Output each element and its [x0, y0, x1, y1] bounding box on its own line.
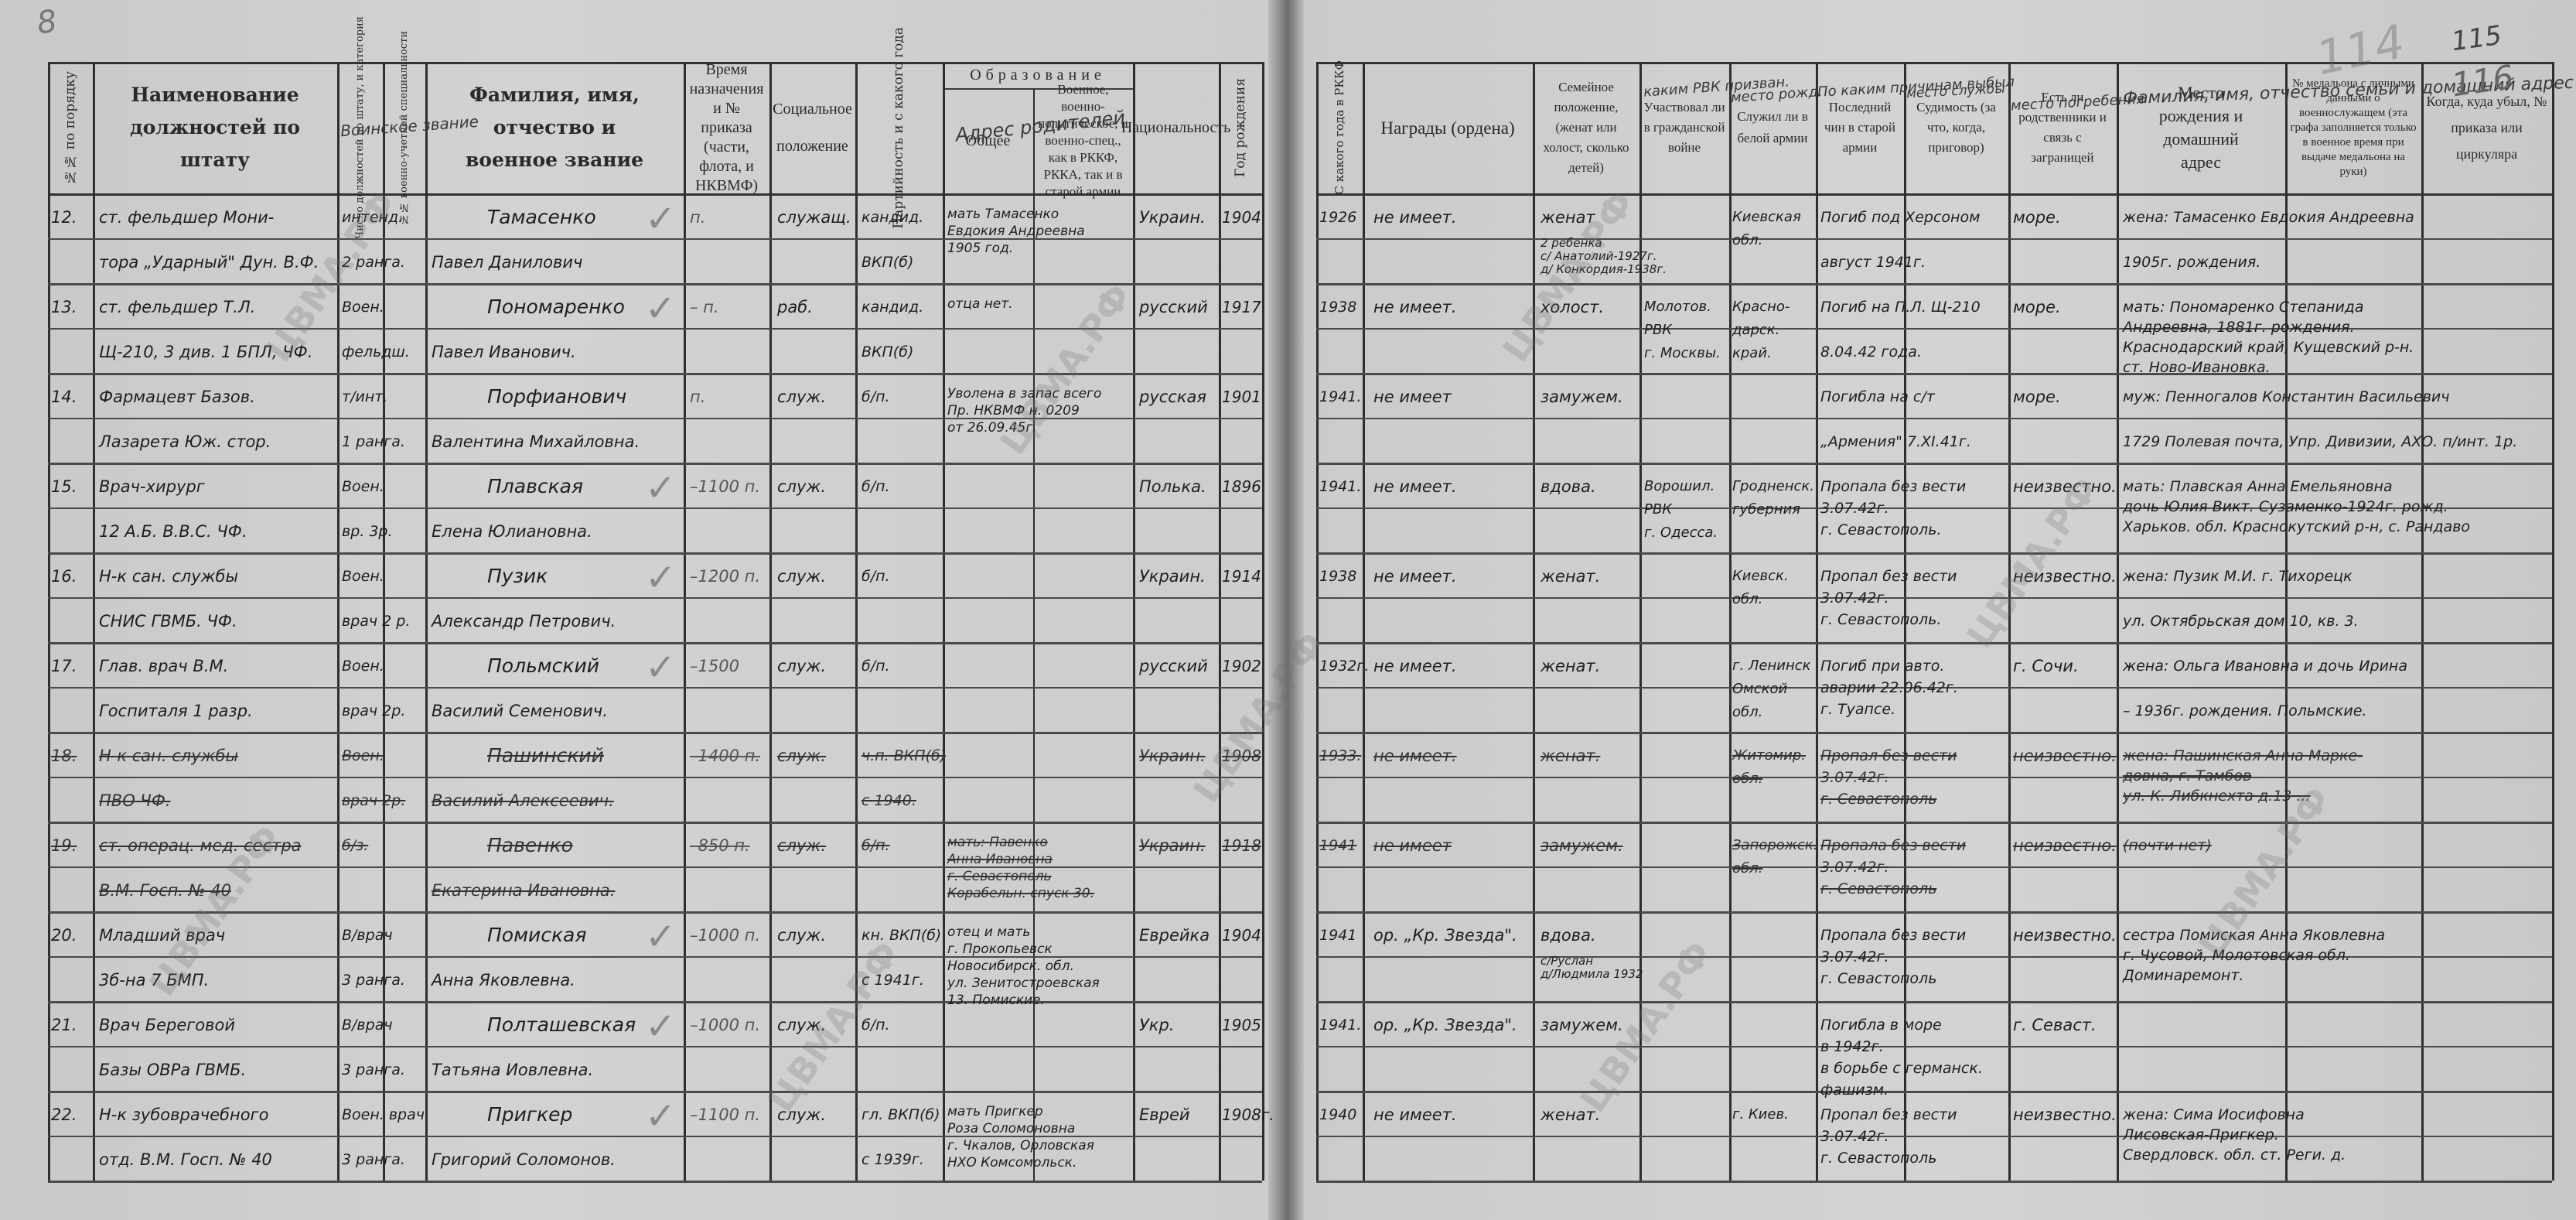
- parent-address: 13. Помиские.: [947, 993, 1045, 1007]
- row-subline: [48, 866, 1262, 868]
- fate-record: 3.07.42г.: [1820, 498, 1889, 518]
- nationality: Еврей: [1139, 1105, 1190, 1125]
- appointment-order: –850 п.: [690, 836, 750, 856]
- birth-year: 1917: [1222, 297, 1261, 317]
- fate-record: Погибла в море: [1820, 1015, 1942, 1035]
- surname: Полташевская: [487, 1015, 636, 1035]
- family-status: вдова.: [1540, 925, 1596, 945]
- nationality: русский: [1139, 656, 1208, 676]
- family-address: мать: Плавская Анна Емельяновна: [2123, 477, 2393, 497]
- party-membership: б/п.: [862, 836, 890, 856]
- birthplace-region: обл.: [1732, 702, 1762, 723]
- column-divider: [48, 62, 50, 1181]
- military-rank: 3 ранга.: [342, 1150, 405, 1170]
- family-address: г. Чусовой, Молотовская обл.: [2123, 945, 2350, 965]
- position-title: ст. операц. мед. сестра: [99, 836, 302, 856]
- burial-place: неизвестно.: [2013, 477, 2117, 497]
- family-address: Харьков. обл. Краснокутский р-н, с. Ранд…: [2123, 517, 2470, 537]
- parent-address: мать Тамасенко: [947, 207, 1059, 221]
- row-line: [48, 1181, 1262, 1183]
- column-divider: [769, 62, 772, 1181]
- awards: не имеет.: [1373, 207, 1457, 227]
- social-status: служ.: [777, 477, 826, 497]
- burial-place: море.: [2013, 297, 2061, 317]
- column-divider: [2008, 62, 2011, 1181]
- nationality: Украин.: [1139, 746, 1206, 766]
- since-year-rkkf: 1933.: [1319, 746, 1361, 766]
- family-status: замужем.: [1540, 836, 1623, 856]
- row-subline: [1316, 956, 2552, 958]
- row-line: [48, 373, 1262, 375]
- row-subline: [48, 777, 1262, 778]
- parent-address: Пр. НКВМФ н. 0209: [947, 404, 1080, 418]
- birth-year: 1904: [1222, 207, 1261, 227]
- family-address: сестра Помиская Анна Яковлевна: [2123, 925, 2385, 945]
- military-rank: В/врач: [342, 925, 393, 945]
- nationality: Украин.: [1139, 836, 1206, 856]
- row-line: [1316, 373, 2552, 375]
- row-line: [1316, 552, 2552, 555]
- birth-year: 1904.: [1222, 925, 1266, 945]
- position-title: ст. фельдшер Мони-: [99, 207, 274, 227]
- party-membership: ч.п. ВКП(б): [862, 746, 946, 766]
- fate-record: Пропала без вести: [1820, 836, 1966, 856]
- social-status: служ.: [777, 566, 826, 586]
- parent-address: НХО Комсомольск.: [947, 1156, 1076, 1170]
- birthplace-region: Красно-: [1732, 297, 1790, 317]
- family-status: женат.: [1540, 746, 1600, 766]
- row-line: [1316, 283, 2552, 285]
- birthplace-region: обл.: [1732, 769, 1762, 789]
- birth-year: 1908г.: [1222, 1105, 1274, 1125]
- social-status: служ.: [777, 656, 826, 676]
- row-number: 16.: [51, 566, 77, 586]
- fate-record: Пропала без вести: [1820, 925, 1966, 945]
- military-rank: врач 2р.: [342, 791, 405, 811]
- fate-record: „Армения" 7.XI.41г.: [1820, 432, 1971, 452]
- column-divider: [943, 62, 945, 1181]
- nationality: русский: [1139, 297, 1208, 317]
- row-number: 13.: [51, 297, 77, 317]
- since-year-rkkf: 1926: [1319, 207, 1356, 227]
- fate-record: август 1941г.: [1820, 252, 1926, 272]
- appointment-order: –1200 п.: [690, 566, 760, 586]
- book-spine: [1268, 0, 1304, 1220]
- party-membership: б/п.: [862, 387, 890, 407]
- draft-office: РВК: [1644, 500, 1672, 520]
- fate-record: г. Туапсе.: [1820, 699, 1895, 719]
- awards: не имеет.: [1373, 477, 1457, 497]
- family-address: Свердловск. обл. ст. Реги. д.: [2123, 1145, 2346, 1165]
- fate-record: Пропал без вести: [1820, 566, 1957, 586]
- fate-record: 3.07.42г.: [1820, 588, 1889, 608]
- birth-year: 1918: [1222, 836, 1261, 856]
- family-address: жена: Ольга Ивановна и дочь Ирина: [2123, 656, 2407, 676]
- header-text: Год рождения: [1233, 78, 1249, 177]
- family-address: – 1936г. рождения. Польмские.: [2123, 701, 2366, 721]
- birthplace-region: Киевская: [1732, 207, 1801, 227]
- header-birth-year: Год рождения: [1219, 62, 1262, 193]
- parent-address: г. Севастополь: [947, 870, 1052, 883]
- awards: не имеет: [1373, 387, 1452, 407]
- appointment-order: –1500: [690, 656, 739, 676]
- given-name-patronymic: Василий Семенович.: [432, 701, 608, 721]
- burial-place: неизвестно.: [2013, 566, 2117, 586]
- social-status: служ.: [777, 387, 826, 407]
- birthplace-region: Запорожск.: [1732, 836, 1818, 856]
- birth-year: 1908: [1222, 746, 1261, 766]
- column-divider: [2117, 62, 2119, 1181]
- draft-office: г. Одесса.: [1644, 523, 1718, 543]
- draft-office: Молотов.: [1644, 297, 1711, 317]
- column-divider: [2552, 62, 2554, 1181]
- family-address: жена: Пузик М.И. г. Тихорецк: [2123, 566, 2353, 586]
- social-status: служ.: [777, 1105, 826, 1125]
- header-text: Партийность и с какого года: [891, 27, 907, 229]
- surname: Польмский: [487, 656, 599, 676]
- since-year-rkkf: 1941: [1319, 836, 1356, 856]
- birthplace-region: обл.: [1732, 589, 1762, 610]
- header-nationality: Национальность: [1133, 62, 1219, 193]
- position-title: отд. В.М. Госп. № 40: [99, 1150, 272, 1170]
- military-rank: б/з.: [342, 836, 368, 856]
- party-membership: кандид.: [862, 207, 923, 227]
- family-address: ул. К. Либкнехта д.13 ...: [2123, 786, 2310, 806]
- parent-address: Евдокия Андреевна: [947, 224, 1085, 238]
- given-name-patronymic: Василий Алексеевич.: [432, 791, 614, 811]
- military-rank: 3 ранга.: [342, 1060, 405, 1080]
- military-rank: Воен.: [342, 566, 384, 586]
- appointment-order: –1400 п.: [690, 746, 760, 766]
- party-membership: ВКП(б): [862, 252, 913, 272]
- birthplace-region: г. Ленинск: [1732, 656, 1811, 676]
- social-status: служ.: [777, 1015, 826, 1035]
- parent-address: Корабельн. спуск 30.: [947, 887, 1094, 900]
- row-subline: [1316, 418, 2552, 419]
- header-appointment: Время назначения и № приказа (части, фло…: [684, 62, 769, 193]
- row-number: 18.: [51, 746, 77, 766]
- given-name-patronymic: Екатерина Ивановна.: [432, 880, 615, 900]
- surname: Пашинский: [487, 746, 604, 766]
- row-number: 19.: [51, 836, 77, 856]
- surname: Пономаренко: [487, 297, 625, 317]
- appointment-order: п.: [690, 387, 705, 407]
- parent-address: от 26.09.45г.: [947, 421, 1037, 435]
- nationality: Еврейка: [1139, 925, 1210, 945]
- party-membership: с 1941г.: [862, 970, 924, 990]
- appointment-order: –1100 п.: [690, 1105, 760, 1125]
- family-status: вдова.: [1540, 477, 1596, 497]
- birthplace-region: край.: [1732, 343, 1772, 364]
- row-line: [1316, 642, 2552, 644]
- column-divider: [684, 62, 686, 1181]
- column-divider: [1533, 62, 1535, 1181]
- family-status: женат.: [1540, 566, 1600, 586]
- column-divider: [1219, 62, 1221, 1181]
- birth-year: 1914: [1222, 566, 1261, 586]
- row-line: [48, 1091, 1262, 1093]
- fate-record: Погиб под Херсоном: [1820, 207, 1980, 227]
- row-number: 14.: [51, 387, 77, 407]
- header-position: Наименование должностей по штату: [93, 62, 337, 193]
- row-subline: [1316, 597, 2552, 599]
- military-rank: 2 ранга.: [342, 252, 405, 272]
- nationality: Украин.: [1139, 566, 1206, 586]
- position-title: Базы ОВРа ГВМБ.: [99, 1060, 246, 1080]
- burial-place: неизвестно.: [2013, 925, 2117, 945]
- fate-record: 3.07.42г.: [1820, 767, 1889, 788]
- position-title: Н-к сан. службы: [99, 566, 238, 586]
- family-status: замужем.: [1540, 387, 1623, 407]
- given-name-patronymic: Елена Юлиановна.: [432, 521, 592, 542]
- check-mark-icon: ✓: [645, 197, 676, 241]
- family-address: 1905г. рождения.: [2123, 252, 2260, 272]
- family-status: д/Людмила 1932: [1540, 967, 1643, 981]
- burial-place: неизвестно.: [2013, 746, 2117, 766]
- burial-place: г. Севаст.: [2013, 1015, 2097, 1035]
- position-title: тора „Ударный" Дун. В.Ф.: [99, 252, 319, 272]
- awards: не имеет.: [1373, 1105, 1457, 1125]
- row-number: 22.: [51, 1105, 77, 1125]
- header-birthplace: Место рождения и домашний адрес: [2117, 62, 2285, 193]
- row-line: [48, 463, 1262, 465]
- fate-record: г. Севастополь: [1820, 879, 1936, 899]
- since-year-rkkf: 1932г.: [1319, 656, 1369, 676]
- military-rank: т/инт.: [342, 387, 387, 407]
- birthplace-region: обл.: [1732, 231, 1762, 251]
- fate-record: 3.07.42г.: [1820, 1126, 1889, 1147]
- family-address: жена: Пашинская Анна Марке-: [2123, 746, 2363, 766]
- given-name-patronymic: Григорий Соломонов.: [432, 1150, 616, 1170]
- row-subline: [1316, 777, 2552, 778]
- parent-address: Новосибирск. обл.: [947, 959, 1074, 973]
- since-year-rkkf: 1941: [1319, 925, 1356, 945]
- fate-record: г. Севастополь: [1820, 789, 1936, 809]
- header-foreign-relatives: Есть ли родственники и связь с загранице…: [2008, 62, 2117, 193]
- position-title: Щ-210, 3 див. 1 БПЛ, ЧФ.: [99, 342, 312, 362]
- nationality: Укр.: [1139, 1015, 1175, 1035]
- position-title: Н-к зубоврачебного: [99, 1105, 268, 1125]
- family-status: 2 ребенка: [1540, 236, 1602, 250]
- fate-record: 3.07.42г.: [1820, 947, 1889, 967]
- header-number: №№ по порядку: [48, 62, 93, 193]
- awards: ор. „Кр. Звезда".: [1373, 1015, 1517, 1035]
- family-address: Краснодарский край, Кущевский р-н.: [2123, 337, 2414, 357]
- military-rank: В/врач: [342, 1015, 393, 1035]
- row-line: [48, 732, 1262, 734]
- row-line: [1316, 732, 2552, 734]
- fate-record: 8.04.42 года.: [1820, 342, 1922, 362]
- birthplace-region: г. Киев.: [1732, 1105, 1789, 1125]
- fate-record: Пропал без вести: [1820, 746, 1957, 766]
- family-status: д/ Конкордия-1938г.: [1540, 262, 1667, 276]
- appointment-order: – п.: [690, 297, 719, 317]
- position-title: ст. фельдшер Т.Л.: [99, 297, 255, 317]
- birth-year: 1896: [1222, 477, 1261, 497]
- family-address: мать: Пономаренко Степанида: [2123, 297, 2364, 317]
- burial-place: неизвестно.: [2013, 1105, 2117, 1125]
- check-mark-icon: ✓: [645, 1005, 676, 1048]
- fate-record: фашизм.: [1820, 1080, 1888, 1100]
- row-number: 21.: [51, 1015, 77, 1035]
- position-title: Врач-хирург: [99, 477, 205, 497]
- surname: Пригкер: [487, 1105, 572, 1125]
- party-membership: б/п.: [862, 1015, 890, 1035]
- family-status: женат: [1540, 207, 1595, 227]
- check-mark-icon: ✓: [645, 556, 676, 600]
- burial-place: море.: [2013, 387, 2061, 407]
- family-address: 1729 Полевая почта, Упр. Дивизии, АХО. п…: [2123, 432, 2517, 452]
- family-status: с/Руслан: [1540, 954, 1593, 968]
- military-rank: вр. 3р.: [342, 521, 393, 542]
- military-rank: фельдш.: [342, 342, 410, 362]
- parent-address: 1905 год.: [947, 241, 1013, 255]
- party-membership: б/п.: [862, 566, 890, 586]
- position-title: Младший врач: [99, 925, 225, 945]
- header-social-status: Социальное положение: [769, 62, 855, 193]
- row-subline: [1316, 328, 2552, 330]
- header-text: №№ по порядку: [63, 71, 79, 185]
- social-status: служ.: [777, 746, 826, 766]
- column-divider: [1133, 62, 1135, 1181]
- column-divider: [1816, 62, 1818, 1181]
- birth-year: 1905: [1222, 1015, 1261, 1035]
- birth-year: 1902: [1222, 656, 1261, 676]
- military-rank: Воен.: [342, 477, 384, 497]
- since-year-rkkf: 1941.: [1319, 387, 1361, 407]
- column-divider: [855, 62, 858, 1181]
- position-title: Глав. врач В.М.: [99, 656, 228, 676]
- row-line: [48, 552, 1262, 555]
- position-title: ПВО ЧФ.: [99, 791, 171, 811]
- military-rank: Воен.: [342, 746, 384, 766]
- surname: Пузик: [487, 566, 548, 586]
- fate-record: Погиб на П.Л. Щ-210: [1820, 297, 1981, 317]
- since-year-rkkf: 1941.: [1319, 1015, 1361, 1035]
- family-status: с/ Анатолий-1927г.: [1540, 249, 1657, 263]
- row-number: 15.: [51, 477, 77, 497]
- header-family: Семейное положение, (женат или холост, с…: [1533, 62, 1639, 193]
- appointment-order: –1000 п.: [690, 1015, 760, 1035]
- birth-year: 1901: [1222, 387, 1261, 407]
- surname: Тамасенко: [487, 207, 596, 227]
- position-title: Н-к сан. службы: [99, 746, 238, 766]
- since-year-rkkf: 1938: [1319, 297, 1356, 317]
- awards: не имеет.: [1373, 746, 1457, 766]
- party-membership: б/п.: [862, 477, 890, 497]
- fate-record: в 1942г.: [1820, 1037, 1884, 1057]
- family-address: дочь Юлия Викт. Сузаменко-1924г. рожд.: [2123, 497, 2448, 517]
- given-name-patronymic: Татьяна Иовлевна.: [432, 1060, 593, 1080]
- parent-address: отец и мать: [947, 925, 1030, 939]
- military-rank: врач 2 р.: [342, 611, 410, 631]
- fate-record: 3.07.42г.: [1820, 857, 1889, 877]
- position-title: В.М. Госп. № 40: [99, 880, 231, 900]
- column-divider: [2421, 62, 2424, 1181]
- header-text: С какого года в РККФ: [1332, 60, 1348, 194]
- nationality: Полька.: [1139, 477, 1206, 497]
- row-line: [1316, 1001, 2552, 1003]
- military-rank: врач 2р.: [342, 701, 405, 721]
- fate-record: аварии 22.06.42г.: [1820, 678, 1958, 698]
- draft-office: г. Москвы.: [1644, 343, 1721, 364]
- family-address: Доминаремонт.: [2123, 965, 2243, 986]
- party-membership: ВКП(б): [862, 342, 913, 362]
- burial-place: море.: [2013, 207, 2061, 227]
- fate-record: в борьбе с германск.: [1820, 1058, 1983, 1078]
- social-status: раб.: [777, 297, 813, 317]
- given-name-patronymic: Анна Яковлевна.: [432, 970, 575, 990]
- birthplace-region: губерния: [1732, 500, 1800, 520]
- position-title: 3б-на 7 БМП.: [99, 970, 209, 990]
- nationality: Украин.: [1139, 207, 1206, 227]
- surname: Порфианович: [487, 387, 626, 407]
- row-subline: [1316, 238, 2552, 240]
- appointment-order: п.: [690, 207, 705, 227]
- row-line: [48, 1001, 1262, 1003]
- row-line: [48, 911, 1262, 914]
- column-divider: [1033, 88, 1035, 1181]
- birthplace-region: Гродненск.: [1732, 477, 1814, 497]
- column-divider: [337, 62, 339, 1181]
- check-mark-icon: ✓: [645, 287, 676, 330]
- row-subline: [1316, 866, 2552, 868]
- row-line: [1316, 1181, 2552, 1183]
- social-status: служ.: [777, 836, 826, 856]
- family-status: холост.: [1540, 297, 1604, 317]
- position-title: Госпиталя 1 разр.: [99, 701, 253, 721]
- check-mark-icon: ✓: [645, 1095, 676, 1138]
- family-address: ст. Ново-Ивановка.: [2123, 357, 2271, 378]
- position-title: Лазарета Юж. стор.: [99, 432, 271, 452]
- family-status: женат.: [1540, 656, 1600, 676]
- birthplace-region: дарск.: [1732, 320, 1779, 340]
- row-line: [1316, 463, 2552, 465]
- family-address: ул. Октябрьская дом 10, кв. 3.: [2123, 611, 2359, 631]
- military-rank: Воен. врач: [342, 1105, 425, 1125]
- family-address: муж: Пенногалов Константин Васильевич: [2123, 387, 2449, 407]
- party-membership: с 1939г.: [862, 1150, 924, 1170]
- awards: не имеет.: [1373, 297, 1457, 317]
- family-address: жена: Тамасенко Евдокия Андреевна: [2123, 207, 2414, 227]
- appointment-order: –1100 п.: [690, 477, 760, 497]
- surname: Павенко: [487, 836, 573, 856]
- awards: не имеет.: [1373, 566, 1457, 586]
- family-address: довна, г. Тамбов: [2123, 766, 2251, 786]
- since-year-rkkf: 1940: [1319, 1105, 1356, 1125]
- fate-record: г. Севастополь.: [1820, 610, 1941, 630]
- surname: Плавская: [487, 477, 583, 497]
- parent-address: отца нет.: [947, 297, 1013, 311]
- burial-place: неизвестно.: [2013, 836, 2117, 856]
- position-title: СНИС ГВМБ. ЧФ.: [99, 611, 237, 631]
- row-number: 12.: [51, 207, 77, 227]
- parent-address: мать Пригкер: [947, 1105, 1043, 1119]
- column-divider: [93, 62, 95, 1181]
- parent-address: г. Чкалов, Орловская: [947, 1139, 1094, 1153]
- column-divider: [1729, 62, 1732, 1181]
- family-address: (почти нет): [2123, 836, 2212, 856]
- column-divider: [1262, 62, 1264, 1181]
- party-membership: с 1940.: [862, 791, 916, 811]
- header-party: Партийность и с какого года: [855, 62, 943, 193]
- military-rank: интенд.: [342, 207, 403, 227]
- row-line: [1316, 822, 2552, 824]
- header-since-rkkf: С какого года в РККФ: [1316, 62, 1363, 193]
- party-membership: гл. ВКП(б): [862, 1105, 940, 1125]
- fate-record: Погиб при авто.: [1820, 656, 1944, 676]
- row-line: [48, 822, 1262, 824]
